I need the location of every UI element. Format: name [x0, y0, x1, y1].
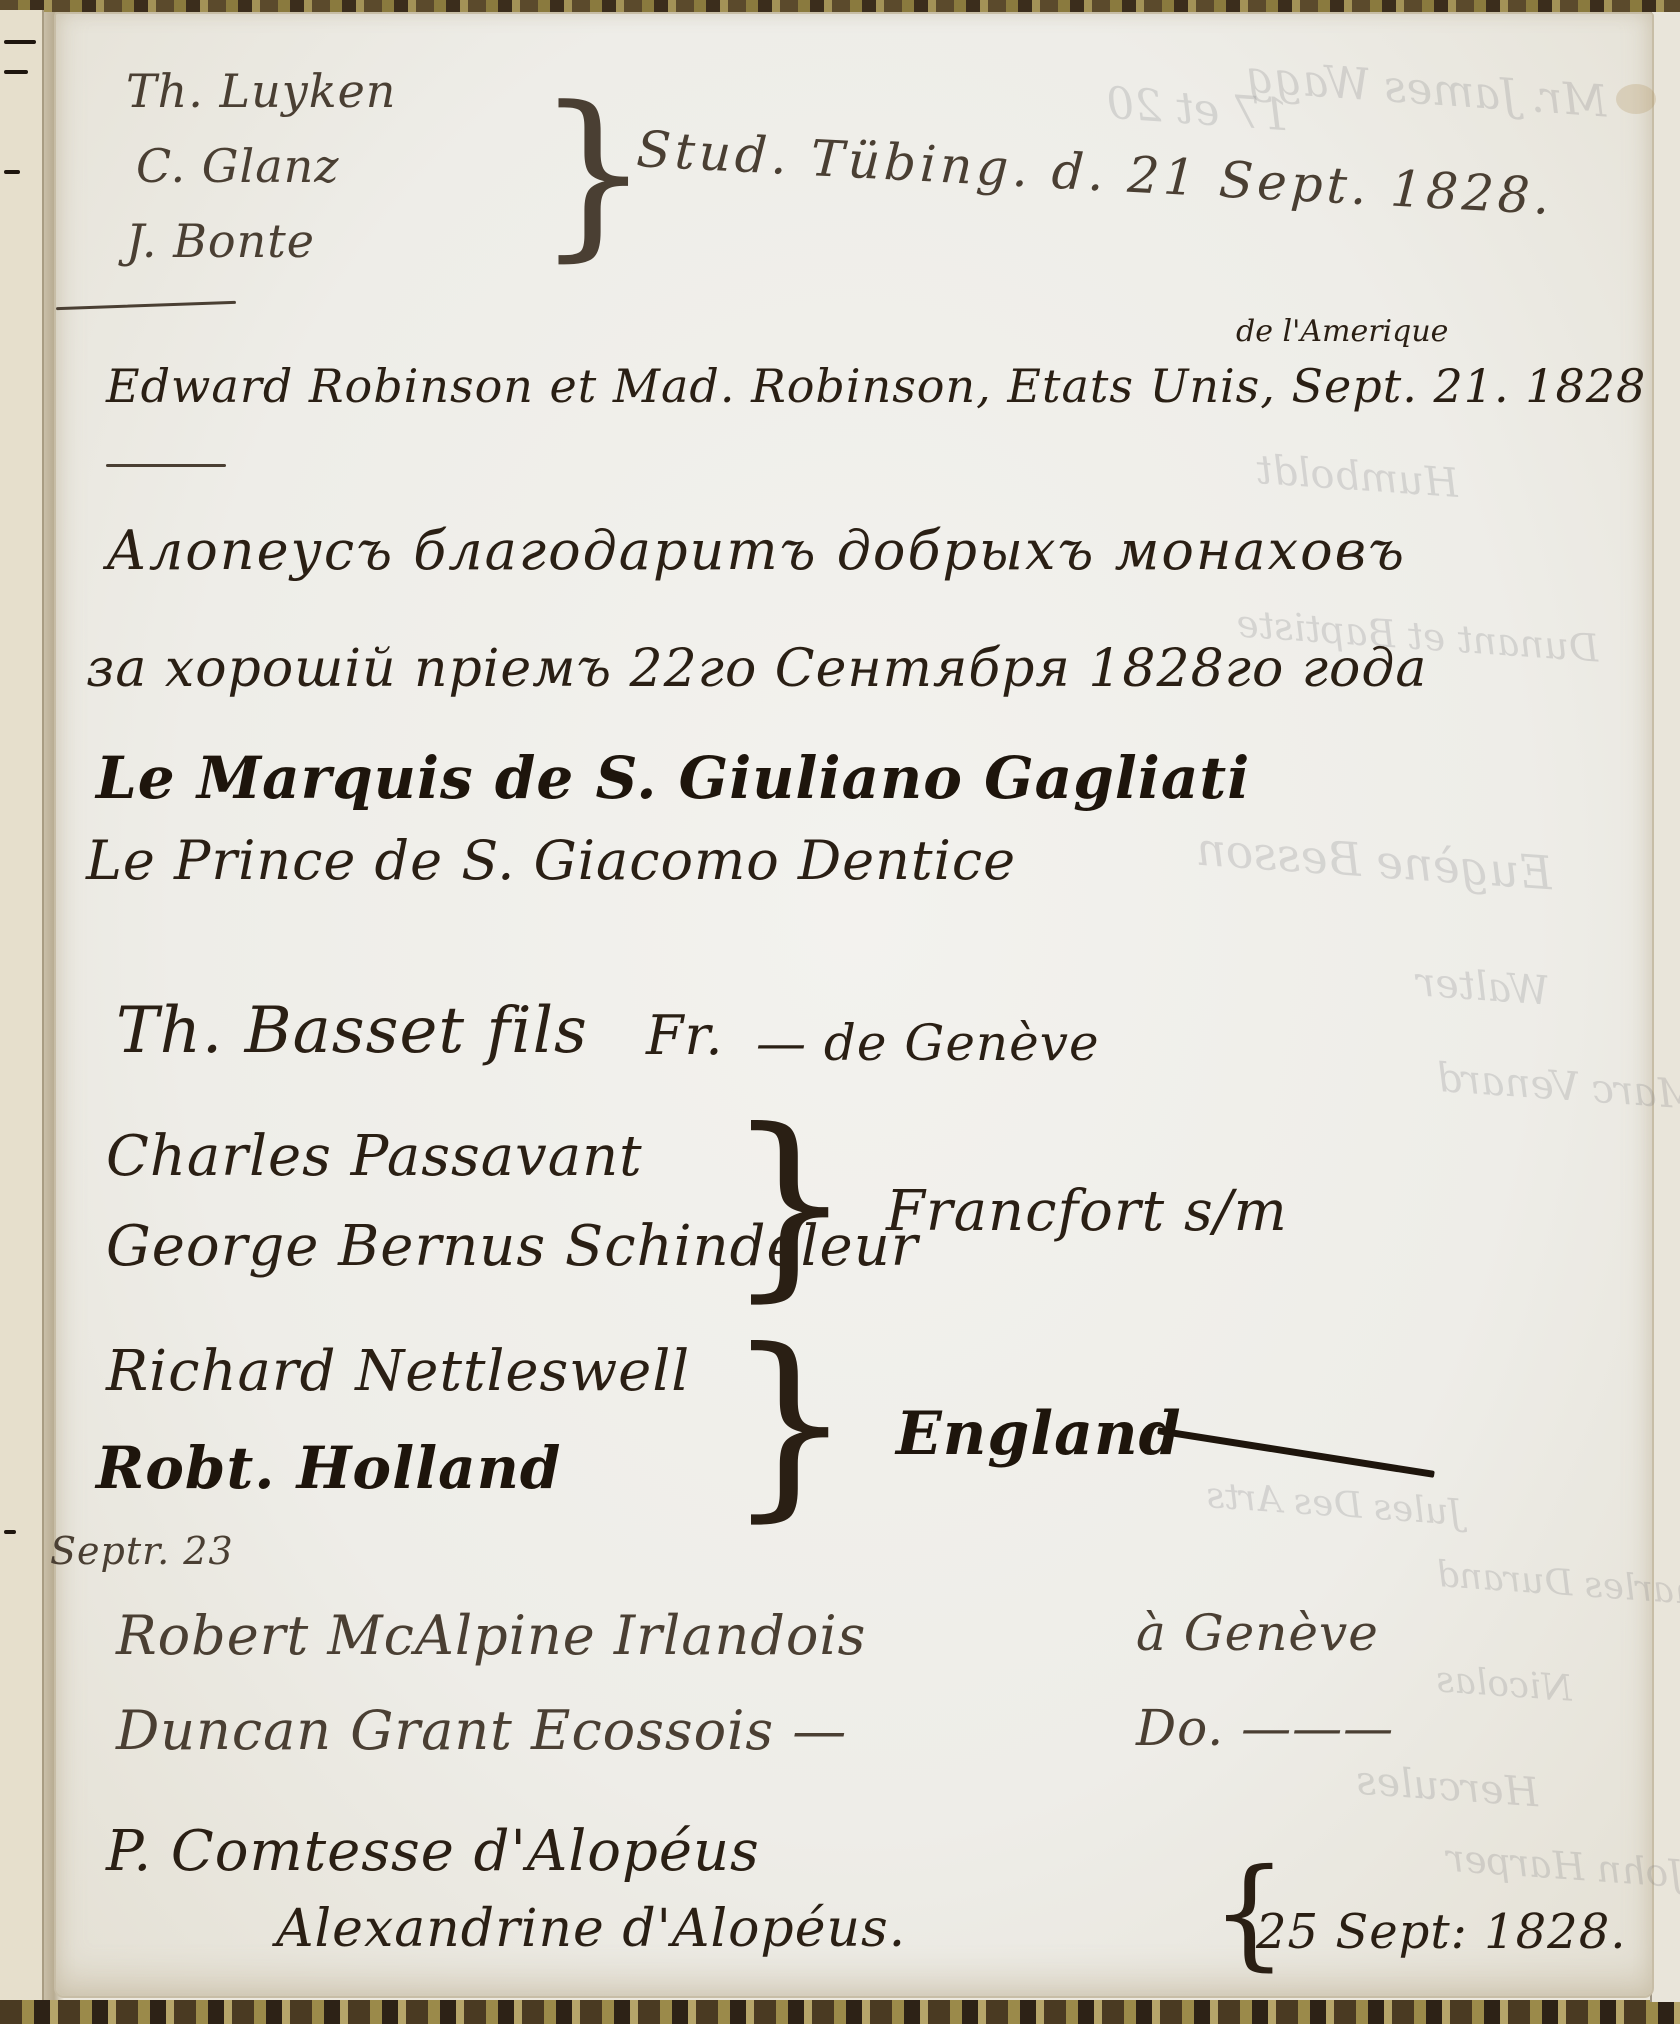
entry-date: Septr. 23 — [50, 1529, 234, 1573]
book-cover-bottom-edge — [0, 2000, 1680, 2024]
signature: Charles Passavant — [106, 1124, 643, 1189]
entry-line: Алопеусъ благодаритъ добрыхъ монаховъ — [106, 519, 1406, 582]
signature: Robert McAlpine Irlandois — [116, 1604, 866, 1667]
entry-date: 25 Sept: 1828. — [1256, 1904, 1626, 1960]
signature: Alexandrine d'Alopéus. — [276, 1899, 906, 1959]
bleed-through-text: Jules Des Arts — [1205, 1475, 1464, 1534]
origin: Francfort s/m — [886, 1179, 1288, 1244]
signature: Robt. Holland — [96, 1434, 561, 1502]
signature: Richard Nettleswell — [106, 1339, 690, 1404]
bleed-through-text: Marc Venard — [1435, 1055, 1680, 1119]
signature: Th. Luyken — [126, 64, 396, 118]
paper-stain — [1616, 84, 1656, 114]
flourish-line — [1157, 1427, 1435, 1478]
facing-page-ink-mark — [4, 40, 36, 44]
bleed-through-text: Charles Durand — [1435, 1554, 1680, 1615]
separator-line — [56, 301, 236, 310]
grouping-brace: } — [536, 84, 651, 264]
next-page-edge — [1650, 12, 1680, 2002]
abbreviation: Fr. — [646, 1004, 724, 1067]
facing-page-ink-mark — [4, 1530, 16, 1534]
separator-line — [106, 464, 226, 467]
book-cover-top-edge — [0, 0, 1680, 12]
entry-text: Edward Robinson et Mad. Robinson, Etats … — [106, 359, 1646, 413]
bleed-through-text: Mr. James Wagg — [1245, 51, 1609, 127]
facing-page-edge — [0, 10, 44, 2000]
entry-line: Le Prince de S. Giacomo Dentice — [86, 829, 1016, 892]
signature: P. Comtesse d'Alopéus — [106, 1819, 760, 1884]
entry-line: за хорошій пріемъ 22го Сентября 1828го г… — [86, 639, 1427, 699]
bleed-through-text: Eugène Besson — [1195, 822, 1555, 901]
bleed-through-text: John Harper — [1445, 1836, 1680, 1897]
inserted-text: de l'Amerique — [1236, 314, 1448, 349]
album-page: 17 et 20 Mr. James Wagg Humboldt Dunant … — [54, 12, 1654, 1998]
origin: à Genève — [1136, 1604, 1379, 1662]
origin: Do. ——— — [1136, 1699, 1394, 1757]
bleed-through-text: Walter — [1415, 959, 1551, 1014]
bleed-through-text: 17 et 20 — [1104, 78, 1291, 142]
origin: England — [896, 1399, 1182, 1469]
facing-page-ink-mark — [4, 170, 20, 174]
manuscript-scan: 17 et 20 Mr. James Wagg Humboldt Dunant … — [0, 0, 1680, 2024]
entry-line: Le Marquis de S. Giuliano Gagliati — [96, 744, 1250, 812]
signature: C. Glanz — [136, 139, 340, 193]
grouping-brace: } — [726, 1104, 853, 1304]
signature: Th. Basset fils — [116, 994, 588, 1068]
entry-note: Stud. Tübing. d. 21 Sept. 1828. — [635, 120, 1555, 226]
bleed-through-text: Hercules — [1355, 1758, 1541, 1817]
grouping-brace: } — [726, 1324, 853, 1524]
bleed-through-text: Humboldt — [1255, 447, 1460, 507]
signature: Duncan Grant Ecossois — — [116, 1699, 847, 1762]
bleed-through-text: Nicolas — [1435, 1659, 1574, 1709]
origin: — de Genève — [756, 1014, 1100, 1072]
signature: J. Bonte — [126, 214, 315, 268]
facing-page-ink-mark — [4, 70, 28, 74]
